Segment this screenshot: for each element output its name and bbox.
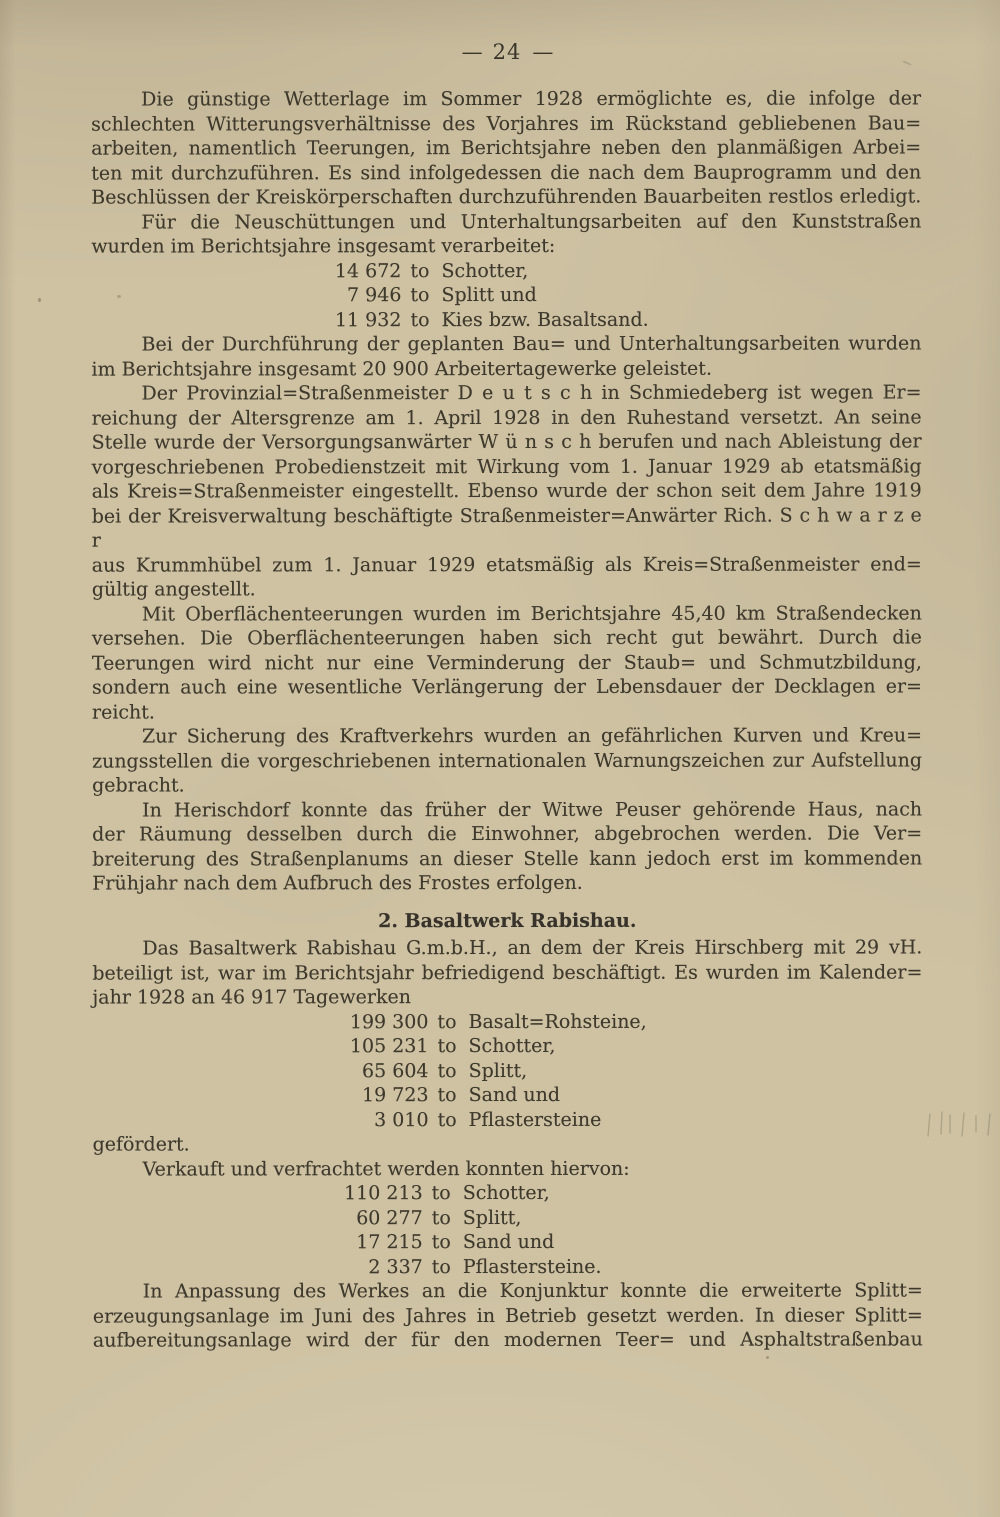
tonnage-row: 60 277 to Splitt, (323, 1205, 923, 1230)
tonnage-material: Kies bzw. Basaltsand. (442, 307, 649, 332)
tonnage-row: 65 604 to Splitt, (328, 1058, 922, 1083)
text-line: In Anpassung des Werkes an die Konjunktu… (93, 1278, 923, 1304)
text-line: Der Provinzial=Straßenmeister D e u t s … (92, 380, 922, 406)
text-line: bei der Kreisverwaltung beschäftigte Str… (92, 503, 922, 553)
tonnage-quantity: 199 300 (328, 1010, 428, 1035)
tonnage-quantity: 110 213 (323, 1181, 423, 1206)
section-heading-basaltwerk: 2. Basaltwerk Rabishau. (92, 908, 922, 934)
paragraph-strassenmeister: Der Provinzial=Straßenmeister D e u t s … (92, 380, 922, 602)
text-line: versehen. Die Oberflächenteerungen haben… (92, 625, 922, 651)
paragraph-verkauft: Verkauft und verfrachtet werden konnten … (93, 1156, 923, 1182)
tonnage-material: Schotter, (441, 258, 528, 283)
text-line: Zur Sicherung des Kraftverkehrs wurden a… (92, 723, 922, 749)
tonnage-row: 110 213 to Schotter, (323, 1180, 923, 1205)
text-line: Für die Neuschüttungen und Unterhaltungs… (91, 209, 921, 235)
paper-speck (38, 298, 41, 302)
tonnage-unit: to (410, 259, 429, 284)
tonnage-quantity: 19 723 (329, 1083, 429, 1108)
page-number: 24 (493, 40, 522, 64)
tonnage-unit: to (432, 1206, 451, 1231)
tonnage-unit: to (432, 1230, 451, 1255)
paragraph-herischdorf: In Herischdorf konnte das früher der Wit… (92, 797, 922, 896)
tonnage-quantity: 105 231 (328, 1034, 428, 1059)
paragraph-splittanlage: In Anpassung des Werkes an die Konjunktu… (93, 1278, 923, 1353)
tonnage-quantity: 17 215 (323, 1230, 423, 1255)
tonnage-material: Sand und (463, 1230, 554, 1255)
text-line: jahr 1928 an 46 917 Tagewerken (92, 984, 922, 1010)
text-line: Mit Oberflächenteerungen wurden im Beric… (92, 601, 922, 627)
text-line: In Herischdorf konnte das früher der Wit… (92, 797, 922, 823)
text-line: Bei der Durchführung der geplanten Bau= … (91, 331, 921, 357)
paragraph-neuschuettungen: Für die Neuschüttungen und Unterhaltungs… (91, 209, 921, 259)
tonnage-unit: to (432, 1181, 451, 1206)
paragraph-warnungszeichen: Zur Sicherung des Kraftverkehrs wurden a… (92, 723, 922, 798)
text-line: Stelle wurde der Versorgungsanwärter W ü… (92, 429, 922, 455)
tonnage-row: 11 932 to Kies bzw. Basaltsand. (301, 307, 921, 332)
tonnage-material: Basalt=Rohsteine, (468, 1009, 646, 1034)
tonnage-quantity: 11 932 (301, 308, 401, 333)
tonnage-quantity: 2 337 (323, 1255, 423, 1280)
tonnage-material: Splitt, (463, 1205, 522, 1230)
text-line: Die günstige Wetterlage im Sommer 1928 e… (91, 86, 921, 112)
tonnage-unit: to (438, 1108, 457, 1133)
tonnage-unit: to (410, 308, 429, 333)
tonnage-row: 2 337 to Pflastersteine. (323, 1254, 923, 1279)
text-line: aufbereitungsanlage wird der für den mod… (93, 1327, 923, 1353)
tonnage-row: 105 231 to Schotter, (328, 1033, 922, 1058)
tonnage-material: Sand und (469, 1083, 560, 1108)
text-line: als Kreis=Straßenmeister eingestellt. Eb… (92, 478, 922, 504)
text-line: schlechten Witterungsverhältnisse des Vo… (91, 111, 921, 137)
text-line: arbeiten, namentlich Teerungen, im Beric… (91, 135, 921, 161)
tonnage-row: 14 672 to Schotter, (301, 258, 921, 283)
text-line: breiterung des Straßenplanums an dieser … (92, 846, 922, 872)
tonnage-material: Pflastersteine (469, 1107, 602, 1132)
text-block: Die günstige Wetterlage im Sommer 1928 e… (91, 86, 923, 1353)
paper-speck (117, 295, 121, 298)
paragraph-continuation: gefördert. (93, 1131, 923, 1157)
tonnage-material: Pflastersteine. (463, 1254, 602, 1279)
tonnage-quantity: 14 672 (301, 259, 401, 284)
tonnage-quantity: 65 604 (328, 1059, 428, 1084)
text-line: im Berichtsjahre insgesamt 20 900 Arbeit… (91, 356, 921, 382)
pencil-marks (924, 1106, 1000, 1142)
text-line: Beschlüssen der Kreiskörperschaften durc… (91, 184, 921, 210)
paragraph-weather: Die günstige Wetterlage im Sommer 1928 e… (91, 86, 921, 210)
text-line: gebracht. (92, 772, 922, 798)
text-line: sondern auch eine wesentliche Verlängeru… (92, 674, 922, 700)
tonnage-quantity: 7 946 (301, 283, 401, 308)
text-line: reicht. (92, 699, 922, 725)
tonnage-row: 7 946 to Splitt und (301, 282, 921, 307)
tonnage-material: Schotter, (463, 1181, 550, 1206)
text-line: ten mit durchzuführen. Es sind infolgede… (91, 160, 921, 186)
tonnage-unit: to (437, 1059, 456, 1084)
text-line: Frühjahr nach dem Aufbruch des Frostes e… (92, 870, 922, 896)
tonnage-quantity: 3 010 (329, 1108, 429, 1133)
tonnage-list-produced: 199 300 to Basalt=Rohsteine, 105 231 to … (92, 1009, 922, 1133)
text-line: Teerungen wird nicht nur eine Verminderu… (92, 650, 922, 676)
tonnage-row: 3 010 to Pflastersteine (329, 1107, 923, 1132)
paragraph-tagewerke: Bei der Durchführung der geplanten Bau= … (91, 331, 921, 381)
tonnage-material: Schotter, (469, 1034, 556, 1059)
paragraph-teerungen: Mit Oberflächenteerungen wurden im Beric… (92, 601, 922, 725)
tonnage-quantity: 60 277 (323, 1206, 423, 1231)
tonnage-list-processed: 14 672 to Schotter, 7 946 to Splitt und … (91, 258, 921, 333)
tonnage-row: 199 300 to Basalt=Rohsteine, (328, 1009, 922, 1034)
text-line: beteiligt ist, war im Berichtsjahr befri… (92, 960, 922, 986)
text-line: zungsstellen die vorgeschriebenen intern… (92, 748, 922, 774)
scanned-page: —24— Die günstige Wetterlage im Sommer 1… (0, 0, 1000, 1517)
text-line: Das Basaltwerk Rabishau G.m.b.H., an dem… (92, 935, 922, 961)
text-line: der Räumung desselben durch die Einwohne… (92, 821, 922, 847)
tonnage-row: 17 215 to Sand und (323, 1229, 923, 1254)
text-line: vorgeschriebenen Probedienstzeit mit Wir… (92, 454, 922, 480)
header-rule-right: — (532, 40, 552, 64)
text-line: reichung der Altersgrenze am 1. April 19… (92, 405, 922, 431)
text-line: erzeugungsanlage im Juni des Jahres in B… (93, 1303, 923, 1329)
paragraph-basaltwerk: Das Basaltwerk Rabishau G.m.b.H., an dem… (92, 935, 922, 1010)
text-line: wurden im Berichtsjahre insgesamt verarb… (91, 233, 921, 259)
text-line: Verkauft und verfrachtet werden konnten … (93, 1156, 923, 1182)
tonnage-material: Splitt und (441, 283, 536, 308)
tonnage-unit: to (432, 1255, 451, 1280)
page-header: —24— (92, 40, 922, 64)
tonnage-row: 19 723 to Sand und (329, 1082, 923, 1107)
header-rule-left: — (462, 40, 482, 64)
tonnage-unit: to (437, 1034, 456, 1059)
tonnage-unit: to (410, 283, 429, 308)
text-line: aus Krummhübel zum 1. Januar 1929 etatsm… (92, 552, 922, 578)
tonnage-unit: to (437, 1010, 456, 1035)
tonnage-material: Splitt, (469, 1058, 528, 1083)
text-line: gültig angestellt. (92, 576, 922, 602)
tonnage-list-sold: 110 213 to Schotter, 60 277 to Splitt, 1… (93, 1180, 923, 1279)
tonnage-unit: to (438, 1083, 457, 1108)
paper-speck (766, 1356, 769, 1359)
